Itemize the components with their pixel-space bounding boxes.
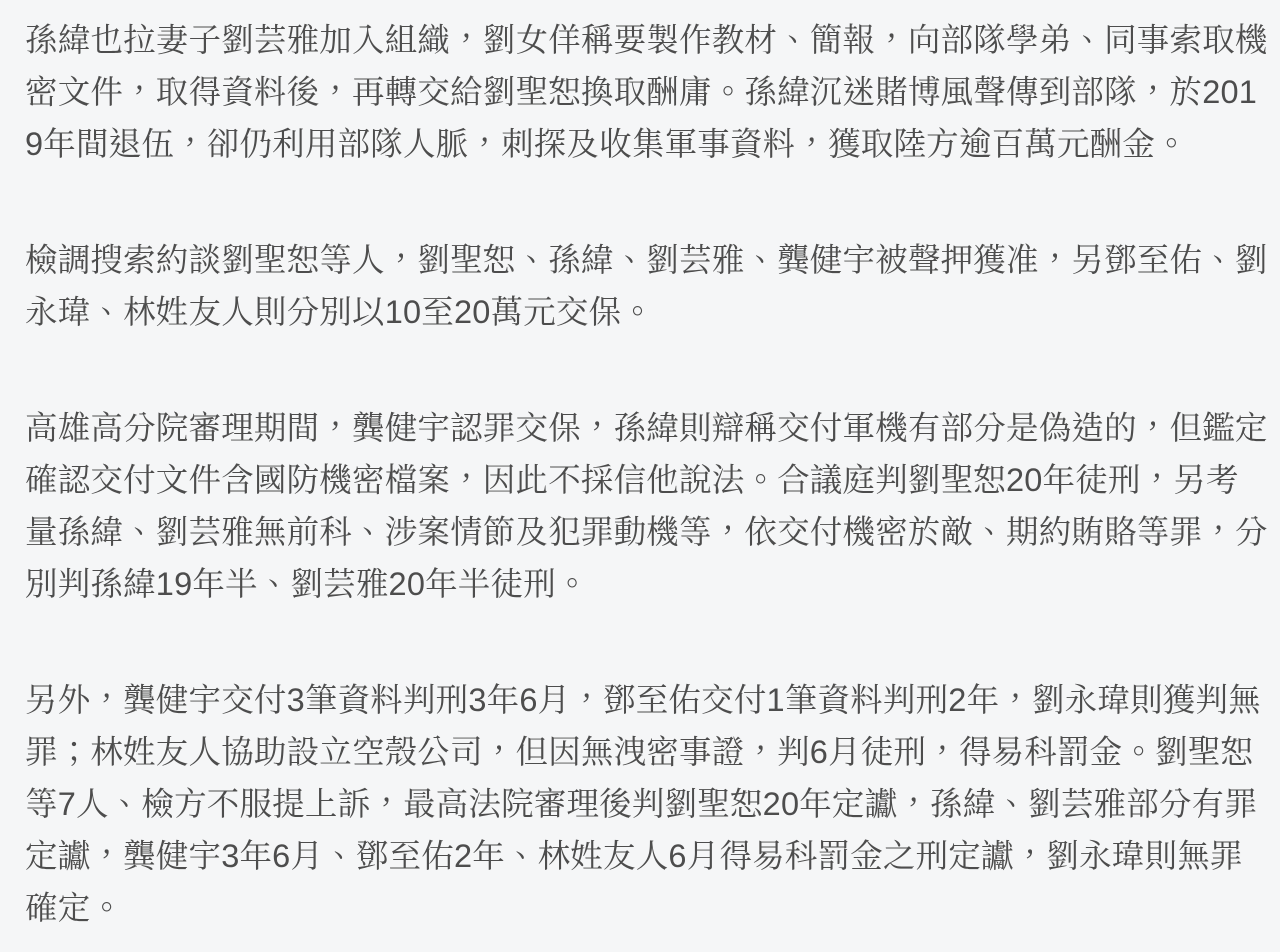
article-paragraph-1: 孫緯也拉妻子劉芸雅加入組織，劉女佯稱要製作教材、簡報，向部隊學弟、同事索取機 密… bbox=[25, 14, 1260, 170]
article-paragraph-3: 高雄高分院審理期間，龔健宇認罪交保，孫緯則辯稱交付軍機有部分是偽造的，但鑑定 確… bbox=[25, 402, 1260, 610]
article-paragraph-2: 檢調搜索約談劉聖恕等人，劉聖恕、孫緯、劉芸雅、龔健宇被聲押獲准，另鄧至佑、劉 永… bbox=[25, 234, 1260, 338]
article-paragraph-4: 另外，龔健宇交付3筆資料判刑3年6月，鄧至佑交付1筆資料判刑2年，劉永瑋則獲判無… bbox=[25, 674, 1260, 934]
article-body: 孫緯也拉妻子劉芸雅加入組織，劉女佯稱要製作教材、簡報，向部隊學弟、同事索取機 密… bbox=[0, 0, 1280, 934]
